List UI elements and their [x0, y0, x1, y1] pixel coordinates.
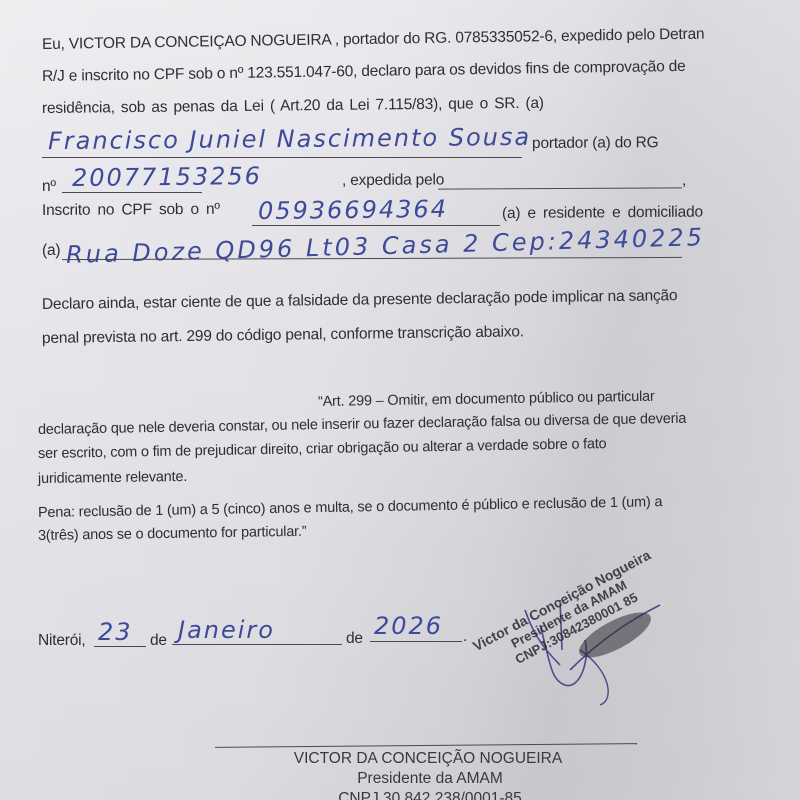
quote-line-2: declaração que nele deveria constar, ou …	[38, 411, 686, 438]
quote-line-1: “Art. 299 – Omitir, em documento público…	[318, 389, 655, 410]
name-underline	[42, 157, 522, 158]
handwritten-year: 2026	[374, 612, 443, 640]
handwritten-address: Rua Doze QD96 Lt03 Casa 2 Cep:24340225	[66, 223, 706, 269]
quote-line-4: juridicamente relevante.	[38, 469, 187, 487]
date-de-1: de	[150, 632, 167, 650]
handwritten-rg: 20077153256	[72, 162, 262, 192]
cpf-underline	[252, 225, 500, 226]
day-underline	[94, 646, 146, 647]
date-de-2: de	[346, 630, 363, 648]
footer-cnpj: CNPJ 30.842.238/0001-85	[30, 790, 800, 800]
date-city: Niterói,	[38, 632, 86, 650]
rg-number-label: nº	[42, 178, 56, 196]
portador-label: portador (a) do RG	[532, 134, 659, 153]
quote-line-3: ser escrito, com o fim de prejudicar dir…	[38, 436, 607, 462]
footer-title: Presidente da AMAM	[30, 770, 800, 788]
handwritten-cpf: 05936694364	[258, 195, 448, 225]
expedida-comma: ,	[682, 172, 686, 190]
expedida-underline	[438, 187, 682, 189]
quote-line-6: 3(três) anos se o documento for particul…	[38, 524, 307, 544]
residente-label: (a) e residente e domiciliado	[502, 204, 703, 223]
handwritten-day: 23	[98, 618, 133, 646]
declaration-line-2: R/J e inscrito no CPF sob o nº 123.551.0…	[42, 58, 686, 86]
quote-line-5: Pena: reclusão de 1 (um) a 5 (cinco) ano…	[38, 494, 663, 521]
rg-underline	[62, 192, 202, 193]
date-period: .	[463, 628, 467, 646]
year-underline	[370, 641, 462, 642]
awareness-line-1: Declaro ainda, estar ciente de que a fal…	[42, 287, 678, 314]
expedida-label: , expedida pelo	[342, 171, 444, 190]
awareness-line-2: penal prevista no art. 299 do código pen…	[42, 323, 524, 348]
handwritten-name: Francisco Juniel Nascimento Sousa	[48, 123, 531, 155]
declaration-line-3: residência, sob as penas da Lei ( Art.20…	[42, 95, 544, 118]
handwritten-month: Janeiro	[178, 616, 275, 644]
month-underline	[172, 644, 342, 645]
declaration-line-1: Eu, VICTOR DA CONCEIÇAO NOGUEIRA , porta…	[42, 26, 705, 54]
cpf-label: Inscrito no CPF sob o nº	[42, 201, 220, 220]
footer-name: VICTOR DA CONCEIÇÃO NOGUEIRA	[28, 750, 800, 768]
address-prefix: (a)	[42, 242, 60, 260]
signature-line	[215, 743, 637, 748]
